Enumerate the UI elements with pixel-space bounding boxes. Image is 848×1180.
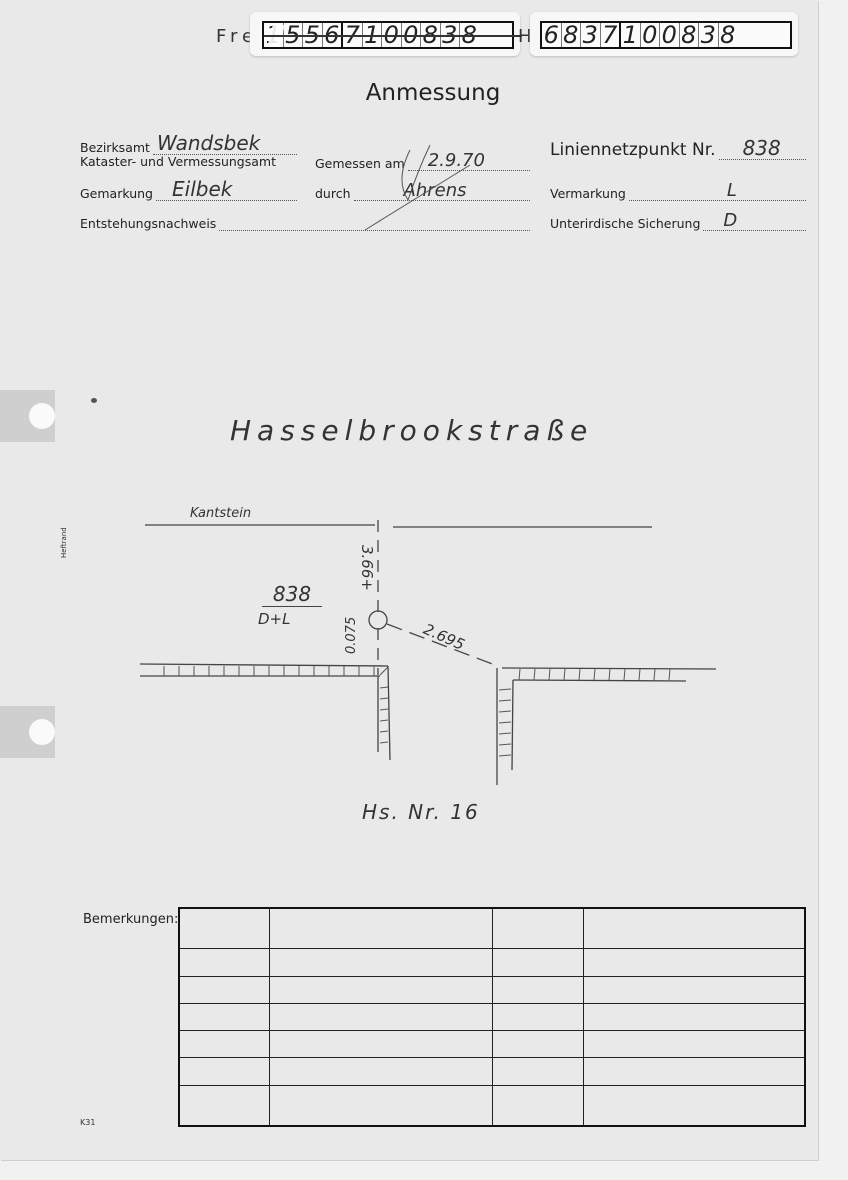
remarks-cell[interactable] [179, 949, 269, 976]
remarks-row [179, 1031, 805, 1058]
remarks-cell[interactable] [179, 1085, 269, 1126]
remarks-table [178, 907, 806, 1127]
remarks-cell[interactable] [492, 1085, 583, 1126]
remarks-cell[interactable] [269, 908, 492, 949]
remarks-cell[interactable] [583, 949, 805, 976]
remarks-cell[interactable] [492, 1058, 583, 1085]
remarks-cell[interactable] [269, 949, 492, 976]
kantstein-label: Kantstein [190, 506, 251, 521]
remarks-row [179, 908, 805, 949]
remarks-row [179, 1003, 805, 1030]
remarks-cell[interactable] [269, 1058, 492, 1085]
remarks-cell[interactable] [583, 976, 805, 1003]
point-number-label: 838 [262, 582, 322, 607]
remarks-row [179, 949, 805, 976]
remarks-cell[interactable] [492, 908, 583, 949]
remarks-row [179, 1085, 805, 1126]
remarks-cell[interactable] [583, 1085, 805, 1126]
street-name: Hasselbrookstraße [230, 414, 593, 447]
remarks-cell[interactable] [269, 1031, 492, 1058]
remarks-cell[interactable] [269, 1085, 492, 1126]
point-marking-label: D+L [258, 610, 290, 628]
remarks-cell[interactable] [179, 976, 269, 1003]
remarks-cell[interactable] [179, 1031, 269, 1058]
remarks-row [179, 976, 805, 1003]
remarks-cell[interactable] [492, 1003, 583, 1030]
remarks-cell[interactable] [492, 949, 583, 976]
remarks-cell[interactable] [179, 1003, 269, 1030]
remarks-row [179, 1058, 805, 1085]
measure-vertical-up: 3.66+ [358, 545, 376, 591]
remarks-cell[interactable] [269, 1003, 492, 1030]
remarks-cell[interactable] [179, 1058, 269, 1085]
remarks-cell[interactable] [492, 976, 583, 1003]
remarks-cell[interactable] [583, 1058, 805, 1085]
remarks-label: Bemerkungen: [83, 912, 178, 927]
form-code: K31 [80, 1118, 95, 1127]
house-number-label: Hs. Nr. 16 [362, 800, 480, 824]
remarks-cell[interactable] [583, 1031, 805, 1058]
measure-vertical-down: 0.075 [344, 617, 359, 654]
remarks-cell[interactable] [179, 908, 269, 949]
remarks-cell[interactable] [269, 976, 492, 1003]
remarks-cell[interactable] [492, 1031, 583, 1058]
survey-form-sheet: Fre 15567100838 H 6837100838 Anmessung B… [0, 0, 818, 1160]
remarks-cell[interactable] [583, 1003, 805, 1030]
remarks-cell[interactable] [583, 908, 805, 949]
